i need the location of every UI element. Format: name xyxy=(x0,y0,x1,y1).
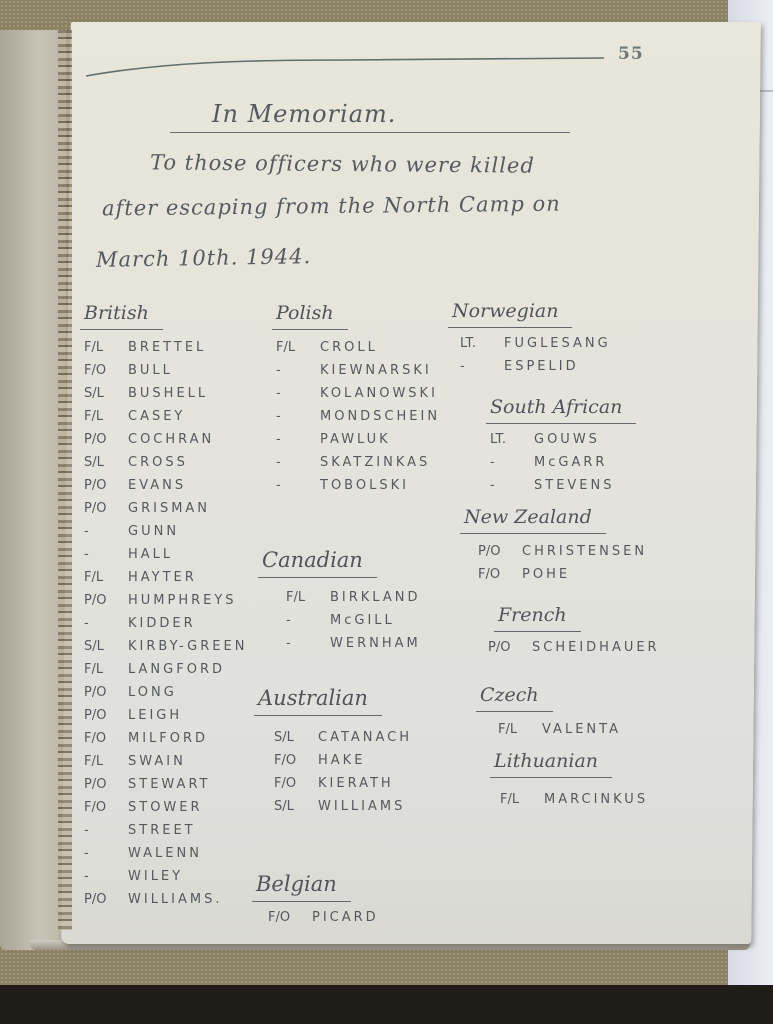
rank-abbrev: - xyxy=(276,382,320,405)
table-edge-shadow xyxy=(0,985,773,1024)
name-entry: P/OSTEWART xyxy=(84,773,247,796)
name-entry: P/OCOCHRAN xyxy=(84,428,247,451)
officer-surname: MARCINKUS xyxy=(544,788,648,811)
officer-surname: LANGFORD xyxy=(128,658,225,681)
entry-list: F/LVALENTA xyxy=(498,718,621,741)
group-heading: Belgian xyxy=(256,872,337,896)
officer-surname: GUNN xyxy=(128,520,179,543)
name-entry: S/LBUSHELL xyxy=(84,382,247,405)
rank-abbrev: P/O xyxy=(84,589,128,612)
rank-abbrev: P/O xyxy=(84,428,128,451)
group-czech: Czech F/LVALENTA xyxy=(480,684,621,741)
officer-surname: PAWLUK xyxy=(320,428,391,451)
rank-abbrev: F/O xyxy=(478,563,522,586)
name-entry: -WALENN xyxy=(84,842,247,865)
rank-abbrev: P/O xyxy=(84,474,128,497)
rank-abbrev: - xyxy=(286,632,330,655)
rank-abbrev: F/L xyxy=(84,566,128,589)
officer-surname: TOBOLSKI xyxy=(320,474,409,497)
name-entry: -STREET xyxy=(84,819,247,842)
rank-abbrev: - xyxy=(276,405,320,428)
name-entry: -KIDDER xyxy=(84,612,247,635)
officer-surname: BIRKLAND xyxy=(330,586,420,609)
officer-surname: EVANS xyxy=(128,474,186,497)
rank-abbrev: F/O xyxy=(84,359,128,382)
officer-surname: VALENTA xyxy=(542,718,621,741)
name-entry: -MONDSCHEIN xyxy=(276,405,440,428)
name-entry: F/OMILFORD xyxy=(84,727,247,750)
rank-abbrev: LT. xyxy=(460,332,504,355)
name-entry: F/OPOHE xyxy=(478,563,647,586)
name-entry: F/OPICARD xyxy=(268,906,379,929)
officer-surname: HAYTER xyxy=(128,566,197,589)
group-lithuanian: Lithuanian F/LMARCINKUS xyxy=(494,750,648,811)
name-entry: F/OBULL xyxy=(84,359,247,382)
rank-abbrev: F/L xyxy=(84,658,128,681)
page-number: 55 xyxy=(618,44,644,64)
officer-surname: COCHRAN xyxy=(128,428,214,451)
name-entry: F/LSWAIN xyxy=(84,750,247,773)
officer-surname: STOWER xyxy=(128,796,203,819)
rank-abbrev: S/L xyxy=(84,635,128,658)
rank-abbrev: F/L xyxy=(276,336,320,359)
name-entry: F/OKIERATH xyxy=(274,772,412,795)
rank-abbrev: P/O xyxy=(84,888,128,911)
name-entry: -McGARR xyxy=(490,451,622,474)
officer-surname: SCHEIDHAUER xyxy=(532,636,660,659)
rank-abbrev: - xyxy=(84,865,128,888)
group-heading: Lithuanian xyxy=(494,750,598,772)
rank-abbrev: S/L xyxy=(84,382,128,405)
officer-surname: WILLIAMS xyxy=(318,795,405,818)
officer-surname: McGARR xyxy=(534,451,607,474)
rank-abbrev: P/O xyxy=(84,497,128,520)
officer-surname: BULL xyxy=(128,359,173,382)
officer-surname: GOUWS xyxy=(534,428,600,451)
rank-abbrev: P/O xyxy=(478,540,522,563)
rank-abbrev: F/O xyxy=(274,749,318,772)
name-entry: F/LLANGFORD xyxy=(84,658,247,681)
officer-surname: POHE xyxy=(522,563,570,586)
officer-surname: CASEY xyxy=(128,405,185,428)
rank-abbrev: F/L xyxy=(84,336,128,359)
officer-surname: PICARD xyxy=(312,906,379,929)
group-canadian: Canadian F/LBIRKLAND-McGILL-WERNHAM xyxy=(262,548,421,655)
name-entry: F/LVALENTA xyxy=(498,718,621,741)
rank-abbrev: P/O xyxy=(84,773,128,796)
left-facing-page xyxy=(0,30,66,950)
rank-abbrev: - xyxy=(276,451,320,474)
rank-abbrev: F/L xyxy=(500,788,544,811)
group-heading: South African xyxy=(490,396,622,418)
rank-abbrev: F/L xyxy=(84,750,128,773)
officer-surname: LEIGH xyxy=(128,704,182,727)
group-heading: New Zealand xyxy=(464,506,592,528)
officer-surname: SKATZINKAS xyxy=(320,451,430,474)
name-entry: -HALL xyxy=(84,543,247,566)
officer-surname: LONG xyxy=(128,681,177,704)
rank-abbrev: P/O xyxy=(84,681,128,704)
rank-abbrev: F/O xyxy=(268,906,312,929)
name-entry: -ESPELID xyxy=(460,355,611,378)
name-entry: -PAWLUK xyxy=(276,428,440,451)
officer-surname: CATANACH xyxy=(318,726,412,749)
group-belgian: Belgian F/OPICARD xyxy=(256,872,379,929)
group-australian: Australian S/LCATANACHF/OHAKEF/OKIERATHS… xyxy=(258,686,412,818)
name-entry: -KIEWNARSKI xyxy=(276,359,440,382)
officer-surname: KIRBY-GREEN xyxy=(128,635,247,658)
entry-list: F/LBRETTELF/OBULLS/LBUSHELLF/LCASEYP/OCO… xyxy=(84,336,247,911)
rank-abbrev: S/L xyxy=(274,726,318,749)
name-entry: F/OHAKE xyxy=(274,749,412,772)
group-norwegian: Norwegian LT.FUGLESANG-ESPELID xyxy=(452,300,611,378)
name-entry: P/OEVANS xyxy=(84,474,247,497)
intro-line-3: March 10th. 1944. xyxy=(96,244,312,272)
officer-surname: FUGLESANG xyxy=(504,332,611,355)
name-entry: F/OSTOWER xyxy=(84,796,247,819)
rank-abbrev: - xyxy=(84,819,128,842)
officer-surname: GRISMAN xyxy=(128,497,210,520)
title-underline xyxy=(170,132,570,133)
rank-abbrev: F/L xyxy=(498,718,542,741)
officer-surname: CROSS xyxy=(128,451,188,474)
officer-surname: KOLANOWSKI xyxy=(320,382,438,405)
name-entry: P/OCHRISTENSEN xyxy=(478,540,647,563)
group-heading: Australian xyxy=(258,686,368,710)
name-entry: P/OWILLIAMS. xyxy=(84,888,247,911)
intro-line-2: after escaping from the North Camp on xyxy=(102,192,561,221)
entry-list: F/LCROLL-KIEWNARSKI-KOLANOWSKI-MONDSCHEI… xyxy=(276,336,440,497)
group-new-zealand: New Zealand P/OCHRISTENSENF/OPOHE xyxy=(464,506,647,586)
officer-surname: WERNHAM xyxy=(330,632,421,655)
group-polish: Polish F/LCROLL-KIEWNARSKI-KOLANOWSKI-MO… xyxy=(276,302,440,497)
name-entry: LT.FUGLESANG xyxy=(460,332,611,355)
officer-surname: STEVENS xyxy=(534,474,615,497)
intro-line-1: To those officers who were killed xyxy=(150,150,535,177)
officer-surname: HAKE xyxy=(318,749,365,772)
officer-surname: CHRISTENSEN xyxy=(522,540,647,563)
name-entry: P/OGRISMAN xyxy=(84,497,247,520)
name-entry: -GUNN xyxy=(84,520,247,543)
name-entry: -McGILL xyxy=(286,609,421,632)
entry-list: P/OCHRISTENSENF/OPOHE xyxy=(478,540,647,586)
name-entry: F/LHAYTER xyxy=(84,566,247,589)
entry-list: P/OSCHEIDHAUER xyxy=(488,636,660,659)
group-south-african: South African LT.GOUWS-McGARR-STEVENS xyxy=(490,396,622,497)
rank-abbrev: - xyxy=(276,474,320,497)
rank-abbrev: - xyxy=(490,474,534,497)
name-entry: -SKATZINKAS xyxy=(276,451,440,474)
officer-surname: MONDSCHEIN xyxy=(320,405,440,428)
officer-surname: BRETTEL xyxy=(128,336,206,359)
officer-surname: WILLIAMS. xyxy=(128,888,223,911)
officer-surname: KIDDER xyxy=(128,612,196,635)
rank-abbrev: - xyxy=(490,451,534,474)
name-entry: P/OLONG xyxy=(84,681,247,704)
name-entry: P/OLEIGH xyxy=(84,704,247,727)
officer-surname: CROLL xyxy=(320,336,378,359)
rank-abbrev: - xyxy=(84,612,128,635)
rank-abbrev: LT. xyxy=(490,428,534,451)
page-top-rule xyxy=(86,52,604,78)
page-title: In Memoriam. xyxy=(212,100,396,128)
group-british: British F/LBRETTELF/OBULLS/LBUSHELLF/LCA… xyxy=(84,302,247,911)
name-entry: -WILEY xyxy=(84,865,247,888)
group-heading: Polish xyxy=(276,302,334,324)
rank-abbrev: - xyxy=(460,355,504,378)
name-entry: -WERNHAM xyxy=(286,632,421,655)
rank-abbrev: F/O xyxy=(274,772,318,795)
officer-surname: STEWART xyxy=(128,773,210,796)
name-entry: F/LMARCINKUS xyxy=(500,788,648,811)
rank-abbrev: F/O xyxy=(84,796,128,819)
officer-surname: HUMPHREYS xyxy=(128,589,237,612)
rank-abbrev: P/O xyxy=(488,636,532,659)
entry-list: S/LCATANACHF/OHAKEF/OKIERATHS/LWILLIAMS xyxy=(274,726,412,818)
officer-surname: ESPELID xyxy=(504,355,579,378)
rank-abbrev: - xyxy=(286,609,330,632)
rank-abbrev: - xyxy=(84,520,128,543)
officer-surname: MILFORD xyxy=(128,727,208,750)
name-entry: S/LKIRBY-GREEN xyxy=(84,635,247,658)
officer-surname: SWAIN xyxy=(128,750,186,773)
name-entry: F/LBIRKLAND xyxy=(286,586,421,609)
entry-list: LT.FUGLESANG-ESPELID xyxy=(460,332,611,378)
rank-abbrev: - xyxy=(84,543,128,566)
name-entry: P/OHUMPHREYS xyxy=(84,589,247,612)
name-entry: S/LCROSS xyxy=(84,451,247,474)
name-entry: -TOBOLSKI xyxy=(276,474,440,497)
group-heading: Czech xyxy=(480,684,539,706)
entry-list: F/OPICARD xyxy=(268,906,379,929)
name-entry: S/LWILLIAMS xyxy=(274,795,412,818)
officer-surname: McGILL xyxy=(330,609,395,632)
rank-abbrev: S/L xyxy=(274,795,318,818)
name-entry: LT.GOUWS xyxy=(490,428,622,451)
name-entry: -STEVENS xyxy=(490,474,622,497)
officer-surname: WILEY xyxy=(128,865,183,888)
name-entry: F/LBRETTEL xyxy=(84,336,247,359)
rank-abbrev: - xyxy=(276,428,320,451)
name-entry: F/LCASEY xyxy=(84,405,247,428)
officer-surname: WALENN xyxy=(128,842,202,865)
name-entry: F/LCROLL xyxy=(276,336,440,359)
officer-surname: HALL xyxy=(128,543,173,566)
officer-surname: KIEWNARSKI xyxy=(320,359,432,382)
rank-abbrev: - xyxy=(276,359,320,382)
entry-list: F/LMARCINKUS xyxy=(500,788,648,811)
officer-surname: STREET xyxy=(128,819,196,842)
rank-abbrev: S/L xyxy=(84,451,128,474)
group-heading: Norwegian xyxy=(452,300,558,322)
book-spine-stitching xyxy=(58,30,72,930)
group-heading: French xyxy=(498,604,567,626)
group-heading: Canadian xyxy=(262,548,363,572)
group-heading: British xyxy=(84,302,149,324)
name-entry: S/LCATANACH xyxy=(274,726,412,749)
entry-list: LT.GOUWS-McGARR-STEVENS xyxy=(490,428,622,497)
rank-abbrev: F/L xyxy=(286,586,330,609)
name-entry: P/OSCHEIDHAUER xyxy=(488,636,660,659)
rank-abbrev: F/L xyxy=(84,405,128,428)
entry-list: F/LBIRKLAND-McGILL-WERNHAM xyxy=(286,586,421,655)
rank-abbrev: F/O xyxy=(84,727,128,750)
group-french: French P/OSCHEIDHAUER xyxy=(498,604,660,659)
name-entry: -KOLANOWSKI xyxy=(276,382,440,405)
rank-abbrev: P/O xyxy=(84,704,128,727)
officer-surname: BUSHELL xyxy=(128,382,208,405)
rank-abbrev: - xyxy=(84,842,128,865)
officer-surname: KIERATH xyxy=(318,772,394,795)
